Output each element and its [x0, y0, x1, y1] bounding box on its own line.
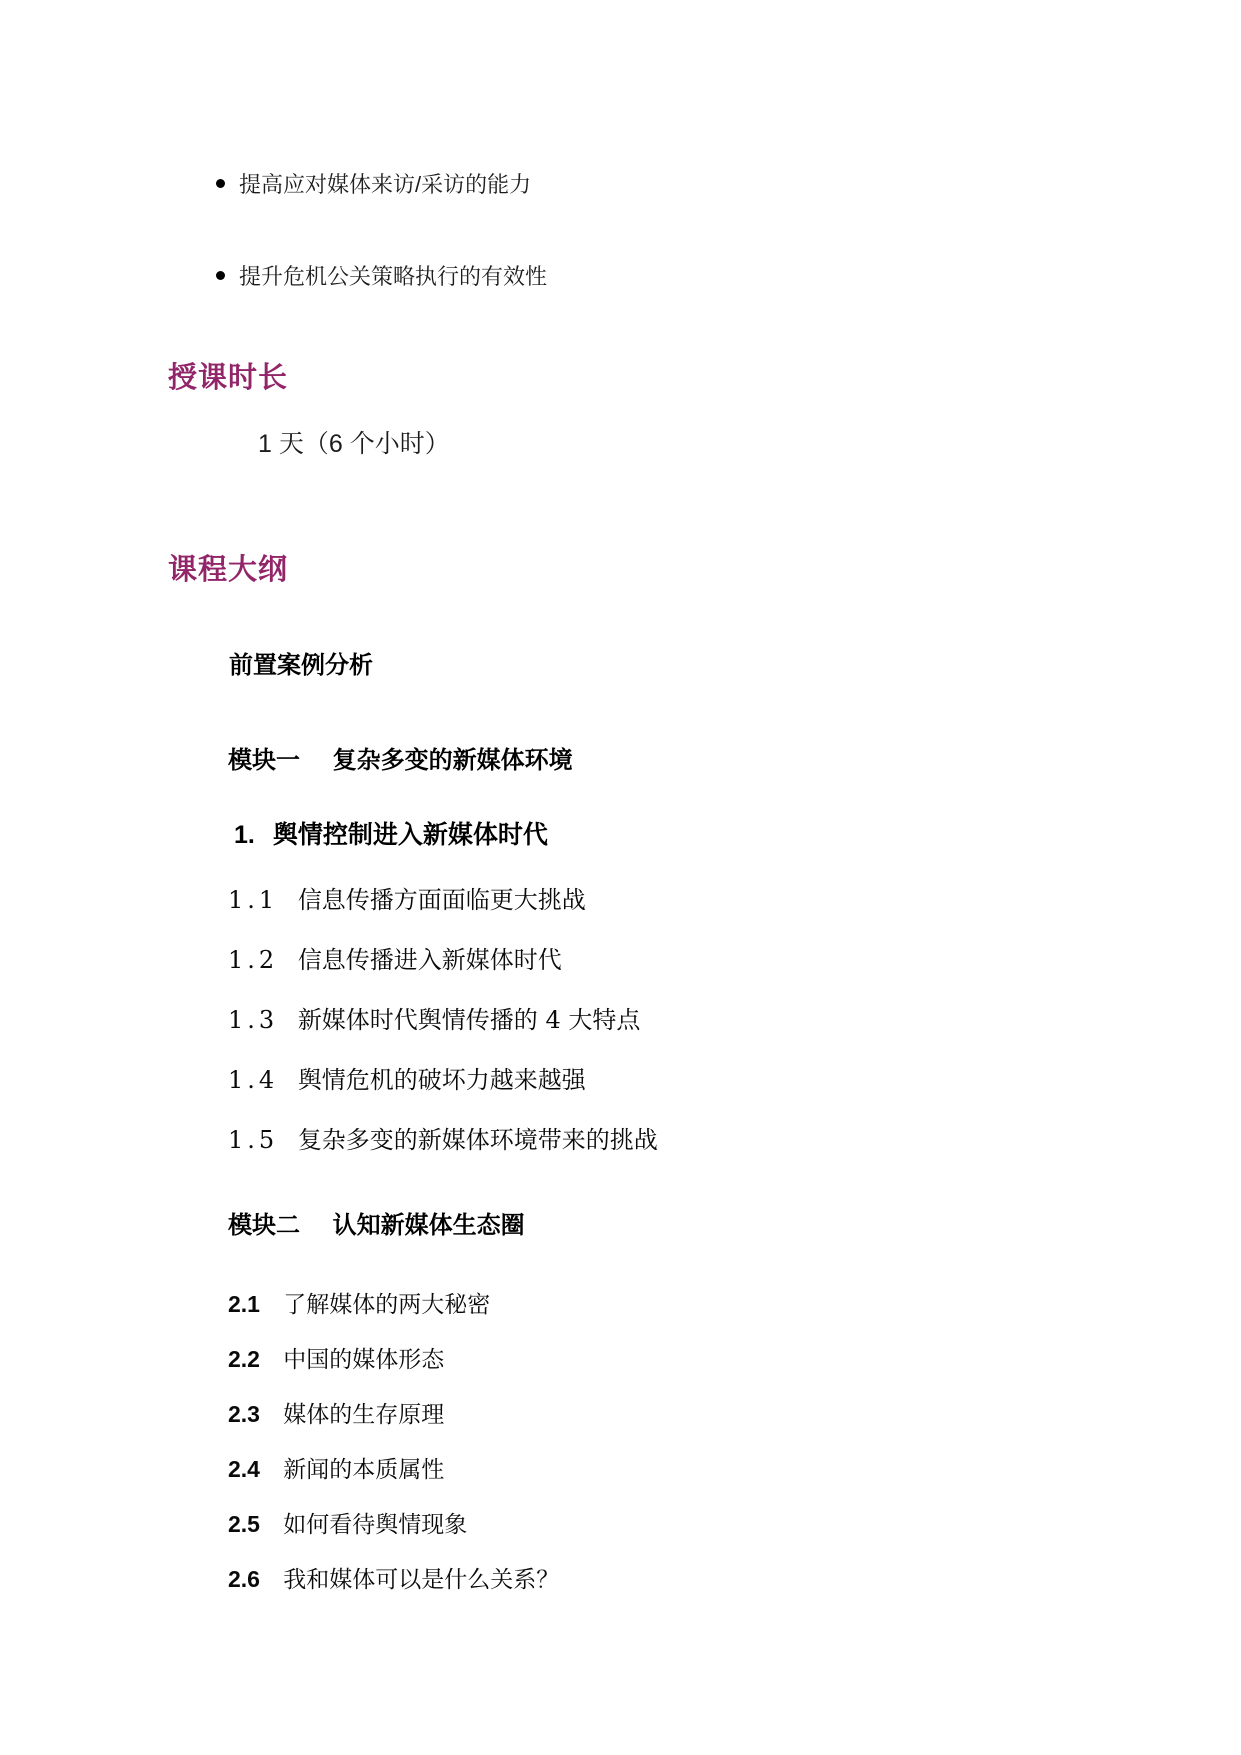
subheading-text: 舆情控制进入新媒体时代: [273, 820, 548, 849]
item-number: 1.2: [228, 946, 278, 974]
item-text: 复杂多变的新媒体环境带来的挑战: [298, 1126, 658, 1154]
bullet-icon: [216, 179, 225, 188]
outline-item: 1.5 复杂多变的新媒体环境带来的挑战: [228, 1120, 658, 1155]
objectives-list: 提高应对媒体来访/采访的能力 提升危机公关策略执行的有效性: [216, 168, 547, 290]
item-text: 如何看待舆情现象: [283, 1512, 467, 1538]
list-item: 提高应对媒体来访/采访的能力: [216, 168, 547, 198]
section-heading-outline: 课程大纲: [168, 547, 288, 588]
document-page: 提高应对媒体来访/采访的能力 提升危机公关策略执行的有效性 授课时长 1 天（6…: [0, 0, 1241, 1755]
module-2-heading: 模块二 认知新媒体生态圈: [228, 1205, 525, 1240]
outline-item: 2.4 新闻的本质属性: [228, 1451, 444, 1484]
outline-item: 1.1 信息传播方面面临更大挑战: [228, 880, 586, 915]
item-number: 1.4: [228, 1066, 278, 1094]
module-label: 模块二: [228, 1212, 300, 1239]
item-number: 2.6: [228, 1566, 260, 1592]
module-label: 模块一: [228, 747, 300, 774]
item-text: 舆情危机的破坏力越来越强: [298, 1066, 586, 1094]
module-title: 复杂多变的新媒体环境: [333, 747, 573, 774]
module-title: 认知新媒体生态圈: [333, 1212, 525, 1239]
item-number: 1.5: [228, 1126, 278, 1154]
item-number: 2.2: [228, 1346, 260, 1372]
item-number: 2.5: [228, 1511, 260, 1537]
module-1-heading: 模块一 复杂多变的新媒体环境: [228, 740, 573, 775]
item-number: 2.4: [228, 1456, 260, 1482]
item-text: 新媒体时代舆情传播的 4 大特点: [298, 1006, 641, 1034]
subheading-number: 1.: [234, 821, 255, 849]
outline-item: 2.2 中国的媒体形态: [228, 1341, 444, 1374]
outline-item: 2.6 我和媒体可以是什么关系？: [228, 1561, 559, 1594]
item-text: 了解媒体的两大秘密: [283, 1292, 490, 1318]
item-number: 2.3: [228, 1401, 260, 1427]
bullet-text: 提高应对媒体来访/采访的能力: [239, 168, 531, 199]
item-text: 媒体的生存原理: [283, 1402, 444, 1428]
item-text: 信息传播方面面临更大挑战: [298, 886, 586, 914]
duration-value: 1 天（6 个小时）: [258, 424, 450, 460]
item-number: 1.3: [228, 1006, 278, 1034]
module-1-subheading: 1. 舆情控制进入新媒体时代: [234, 815, 548, 851]
item-text: 信息传播进入新媒体时代: [298, 946, 562, 974]
outline-item: 1.4 舆情危机的破坏力越来越强: [228, 1060, 586, 1095]
item-number: 2.1: [228, 1291, 260, 1317]
section-heading-duration: 授课时长: [168, 355, 288, 396]
outline-item: 2.5 如何看待舆情现象: [228, 1506, 467, 1539]
item-text: 中国的媒体形态: [283, 1347, 444, 1373]
list-item: 提升危机公关策略执行的有效性: [216, 260, 547, 290]
item-text: 新闻的本质属性: [283, 1457, 444, 1483]
outline-item: 1.3 新媒体时代舆情传播的 4 大特点: [228, 1000, 640, 1035]
bullet-text: 提升危机公关策略执行的有效性: [239, 260, 547, 291]
outline-item: 1.2 信息传播进入新媒体时代: [228, 940, 562, 975]
item-number: 1.1: [228, 886, 278, 914]
outline-item: 2.3 媒体的生存原理: [228, 1396, 444, 1429]
item-text: 我和媒体可以是什么关系？: [283, 1567, 559, 1593]
bullet-icon: [216, 271, 225, 280]
outline-item: 2.1 了解媒体的两大秘密: [228, 1286, 490, 1319]
pre-case-heading: 前置案例分析: [229, 645, 373, 680]
